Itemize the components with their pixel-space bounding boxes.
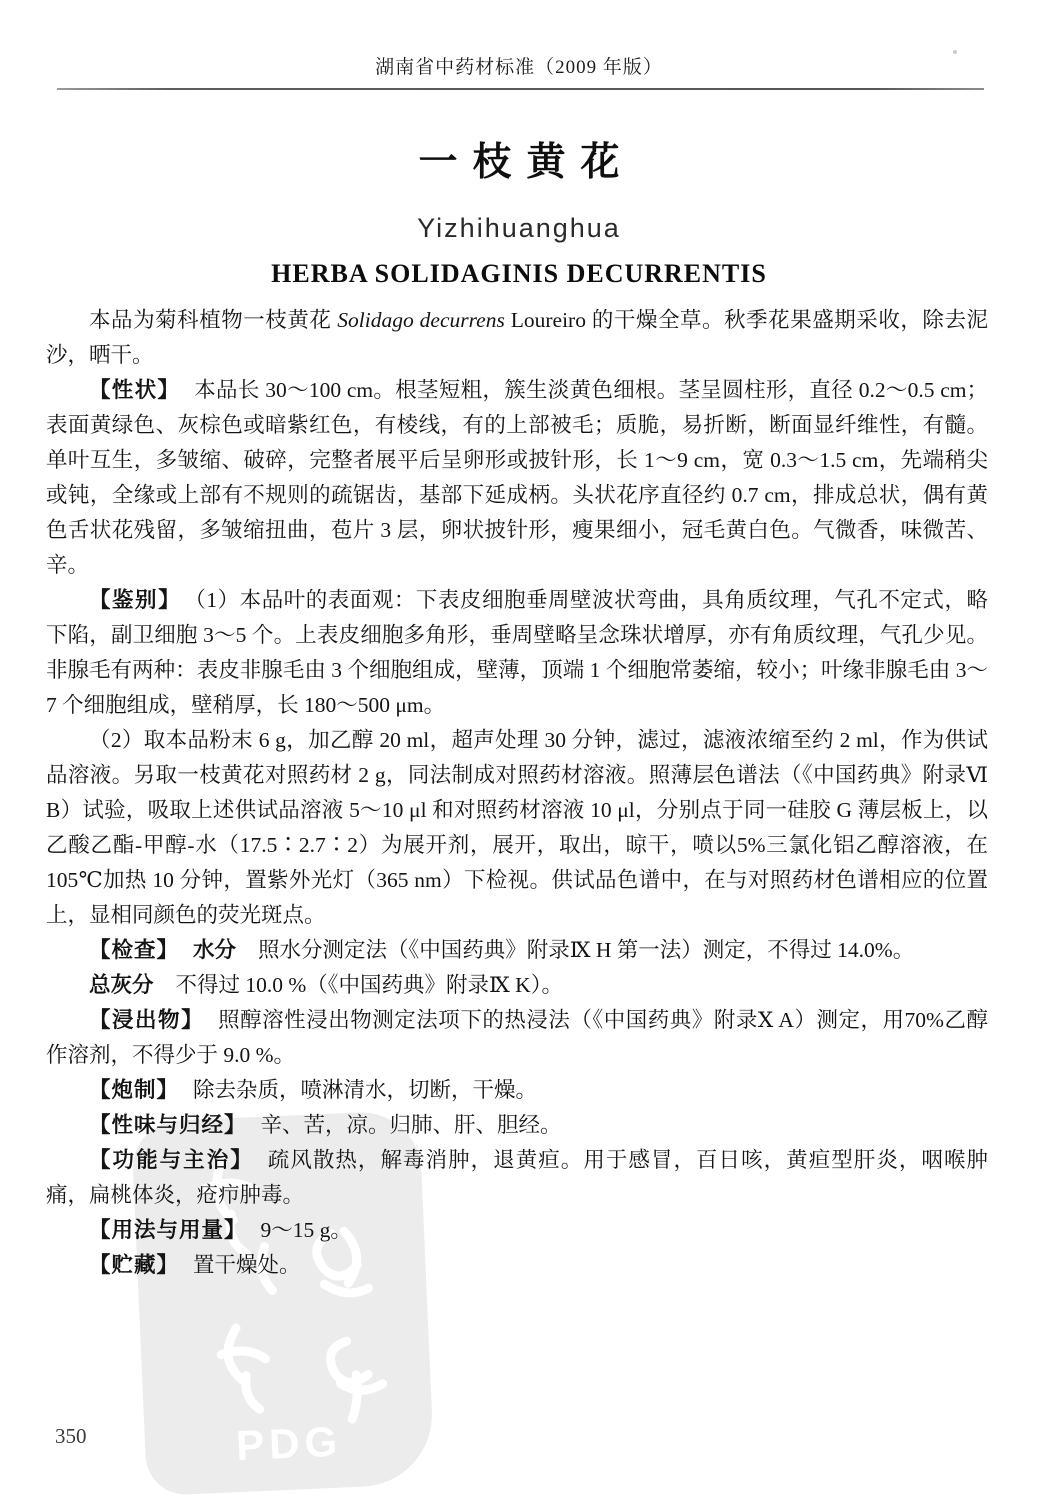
section-label: 【性状】 xyxy=(89,378,180,402)
intro-paragraph: 本品为菊科植物一枝黄花 Solidago decurrens Loureiro … xyxy=(46,303,988,373)
scan-speck xyxy=(953,50,957,54)
running-header: 湖南省中药材标准（2009 年版） xyxy=(0,52,1038,79)
section-label: 【鉴别】 xyxy=(89,588,181,612)
latin-title: HERBA SOLIDAGINIS DECURRENTIS xyxy=(0,259,1038,289)
section-label: 【浸出物】 xyxy=(89,1008,204,1032)
sub-item-label: 水分 xyxy=(193,938,236,962)
page-number: 350 xyxy=(55,1424,87,1449)
species-latin-name: Solidago decurrens xyxy=(337,308,505,332)
section-label: 【性味与归经】 xyxy=(89,1113,247,1137)
section-text: 本品长 30～100 cm。根茎短粗，簇生淡黄色细根。茎呈圆柱形，直径 0.2～… xyxy=(46,378,988,577)
sub-item-label: 总灰分 xyxy=(89,973,154,997)
intro-text-pre: 本品为菊科植物一枝黄花 xyxy=(89,308,337,332)
document-page: 湖南省中药材标准（2009 年版） 一枝黄花 Yizhihuanghua HER… xyxy=(0,0,1038,1505)
section-zonghuifen: 总灰分不得过 10.0 %（《中国药典》附录Ⅸ K）。 xyxy=(46,968,988,1003)
section-jianbie-2: （2）取本品粉末 6 g，加乙醇 20 ml，超声处理 30 分钟，滤过，滤液浓… xyxy=(46,723,988,933)
section-label: 【炮制】 xyxy=(89,1078,179,1102)
section-label: 【用法与用量】 xyxy=(89,1218,247,1242)
section-text: 除去杂质，喷淋清水，切断，干燥。 xyxy=(193,1078,537,1102)
section-text: 辛、苦，凉。归肺、肝、胆经。 xyxy=(261,1113,562,1137)
section-text: （1）本品叶的表面观：下表皮细胞垂周壁波状弯曲，具角质纹理，气孔不定式，略下陷，… xyxy=(46,588,988,717)
section-text: 置干燥处。 xyxy=(193,1253,301,1277)
page-title: 一枝黄花 xyxy=(0,131,1038,187)
section-xingzhuang: 【性状】本品长 30～100 cm。根茎短粗，簇生淡黄色细根。茎呈圆柱形，直径 … xyxy=(46,373,988,583)
pinyin-title: Yizhihuanghua xyxy=(0,213,1038,244)
section-label: 【贮藏】 xyxy=(89,1253,179,1277)
section-zhucang: 【贮藏】置干燥处。 xyxy=(46,1248,988,1283)
section-jiancha: 【检查】水分照水分测定法（《中国药典》附录Ⅸ H 第一法）测定，不得过 14.0… xyxy=(46,933,988,968)
section-jinchuwu: 【浸出物】照醇溶性浸出物测定法项下的热浸法（《中国药典》附录Ⅹ A）测定，用70… xyxy=(46,1003,988,1073)
section-text: 9～15 g。 xyxy=(261,1218,352,1242)
document-body: 本品为菊科植物一枝黄花 Solidago decurrens Loureiro … xyxy=(46,303,988,1283)
section-label: 【检查】 xyxy=(89,938,179,962)
section-label: 【功能与主治】 xyxy=(89,1148,254,1172)
section-yongfa-yongliang: 【用法与用量】9～15 g。 xyxy=(46,1213,988,1248)
section-text: 照水分测定法（《中国药典》附录Ⅸ H 第一法）测定，不得过 14.0%。 xyxy=(258,938,914,962)
section-text: 不得过 10.0 %（《中国药典》附录Ⅸ K）。 xyxy=(176,973,563,997)
section-text: （2）取本品粉末 6 g，加乙醇 20 ml，超声处理 30 分钟，滤过，滤液浓… xyxy=(46,728,988,927)
section-jianbie-1: 【鉴别】（1）本品叶的表面观：下表皮细胞垂周壁波状弯曲，具角质纹理，气孔不定式，… xyxy=(46,583,988,723)
header-rule xyxy=(57,88,984,90)
section-paozhi: 【炮制】除去杂质，喷淋清水，切断，干燥。 xyxy=(46,1073,988,1108)
section-xingwei-guijing: 【性味与归经】辛、苦，凉。归肺、肝、胆经。 xyxy=(46,1108,988,1143)
section-gongneng-zhuzhi: 【功能与主治】疏风散热，解毒消肿，退黄疸。用于感冒，百日咳，黄疸型肝炎，咽喉肿痛… xyxy=(46,1143,988,1213)
